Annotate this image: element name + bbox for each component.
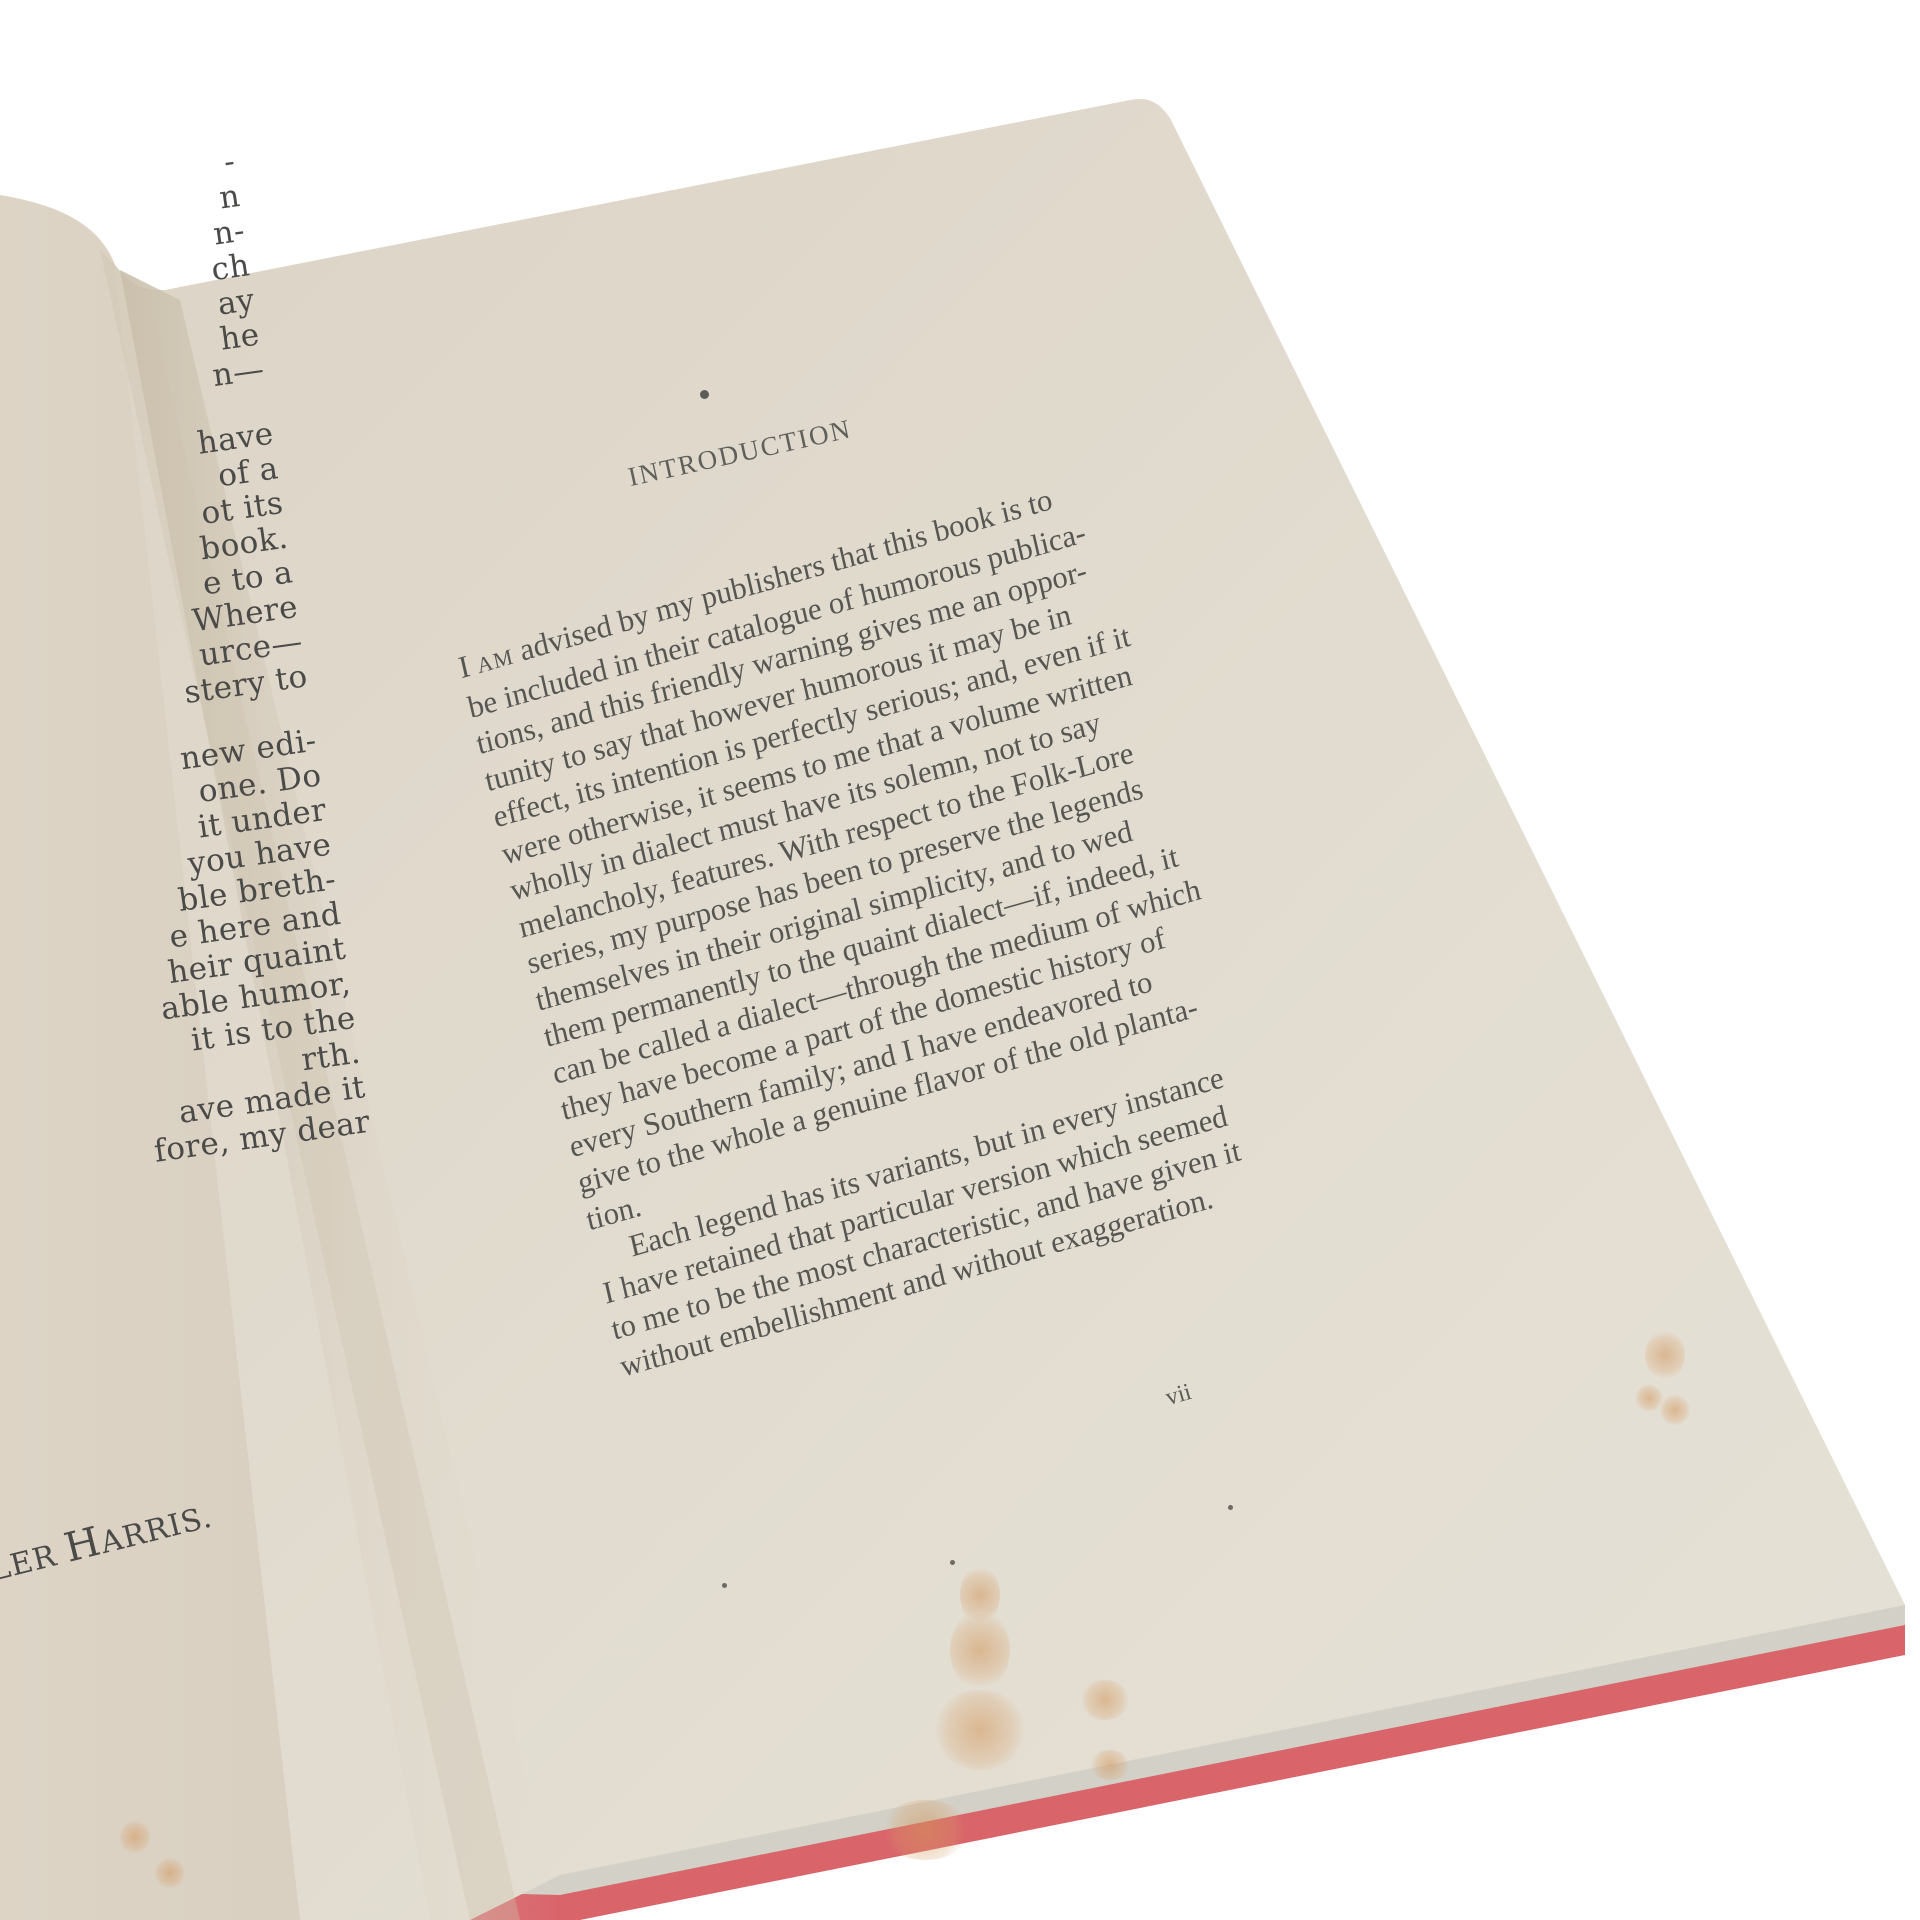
book-photo: - n n- ch ay he n— have of a ot its book… (0, 0, 1920, 1920)
left-page-content: - n n- ch ay he n— have of a ot its book… (0, 0, 1920, 1920)
left-page-text: - n n- ch ay he n— have of a ot its book… (0, 144, 372, 1245)
author-signature: DLER HARRIS. (0, 1491, 216, 1597)
